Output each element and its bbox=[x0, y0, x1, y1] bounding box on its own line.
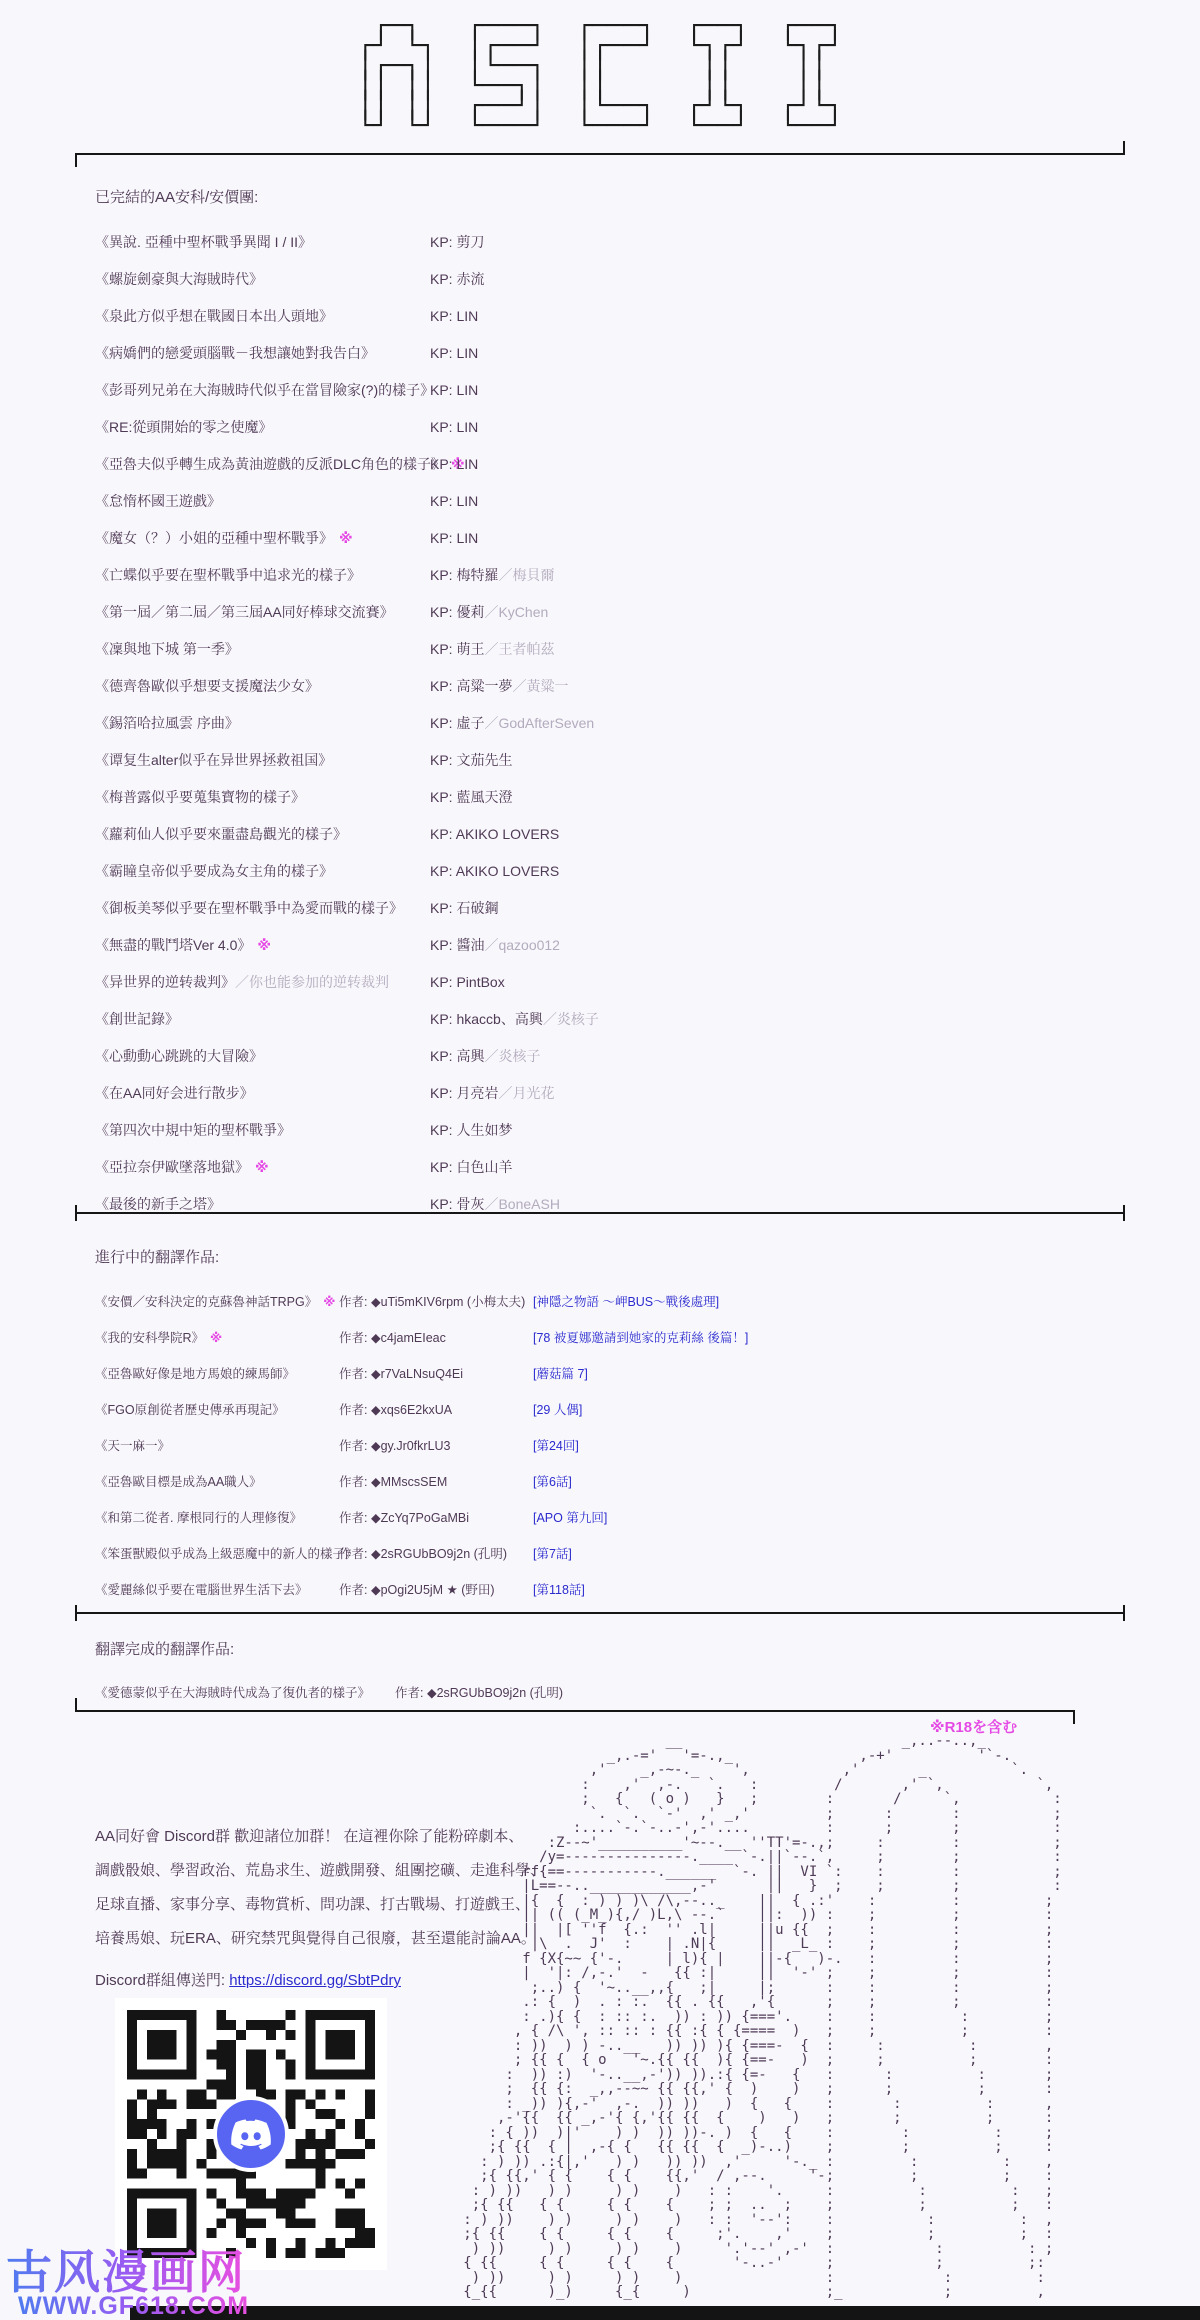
kp-name: 骨灰 bbox=[456, 1196, 484, 1212]
work-row: 《怠惰杯國王遊戲》 KP: LIN bbox=[95, 483, 1155, 520]
kp-name: 白色山羊 bbox=[456, 1159, 512, 1175]
kp-name: LIN bbox=[456, 382, 478, 398]
kp-name: 文茄先生 bbox=[456, 752, 512, 768]
author-name: ◆r7VaLNsuQ4Ei bbox=[371, 1367, 463, 1381]
kp-name: 人生如梦 bbox=[456, 1122, 512, 1138]
work-title: 《螺旋劍豪與大海賊時代》 bbox=[95, 271, 263, 287]
kp-credit: KP: 梅特羅／梅貝爾 bbox=[430, 557, 554, 594]
bottom-bar bbox=[130, 2306, 1200, 2320]
work-title-cell: 《第一屆／第二屆／第三屆AA同好棒球交流賽》 bbox=[95, 594, 400, 631]
kp-name: LIN bbox=[456, 456, 478, 472]
author-credit: 作者: ◆uTi5mKIV6rpm (小梅太夫) bbox=[339, 1284, 525, 1320]
kp-name: 醬油 bbox=[456, 937, 484, 953]
work-title-cell: 《最後的新手之塔》 bbox=[95, 1186, 227, 1223]
work-title: 《FGO原創從者歷史傳承再現記》 bbox=[95, 1403, 285, 1417]
work-row: 《亞拉奈伊歐墜落地獄》※ KP: 白色山羊 bbox=[95, 1149, 1155, 1186]
author-label: 作者: bbox=[339, 1403, 371, 1417]
chapter-link[interactable]: [第24回] bbox=[533, 1428, 579, 1464]
discord-invite-text: AA同好會 Discord群 歡迎諸位加群！ 在這裡你除了能粉碎劇本、 調戲骰娘… bbox=[95, 1820, 595, 1956]
work-title: 《亞魯夫似乎轉生成為黃油遊戲的反派DLC角色的樣子》 bbox=[95, 456, 445, 472]
work-title-cell: 《御板美琴似乎要在聖杯戰爭中為愛而戰的樣子》 bbox=[95, 890, 409, 927]
work-title-cell: 《异世界的逆转裁判》／你也能参加的逆转裁判 bbox=[95, 964, 395, 1001]
work-row: 《彭哥列兄弟在大海賊時代似乎在當冒險家(?)的樣子》 KP: LIN bbox=[95, 372, 1155, 409]
kp-alt-name: ／王者帕茲 bbox=[484, 641, 554, 657]
work-title: 《霸瞳皇帝似乎要成為女主角的樣子》 bbox=[95, 863, 333, 879]
kp-label: KP: bbox=[430, 641, 456, 657]
work-title-cell: 《螺旋劍豪與大海賊時代》 bbox=[95, 261, 269, 298]
work-row: 《心動動心跳跳的大冒險》 KP: 高興／炎核子 bbox=[95, 1038, 1155, 1075]
work-row: 《德齊魯歐似乎想要支援魔法少女》 KP: 高粱一夢／黃粱一 bbox=[95, 668, 1155, 705]
work-title: 《彭哥列兄弟在大海賊時代似乎在當冒險家(?)的樣子》 bbox=[95, 382, 434, 398]
kp-credit: KP: 優莉／KyChen bbox=[430, 594, 548, 631]
author-label: 作者: bbox=[339, 1439, 371, 1453]
chapter-link[interactable]: [神隱之物語 〜岬BUS〜戰後處理] bbox=[533, 1284, 719, 1320]
work-title: 《亞魯歐目標是成為AA職人》 bbox=[95, 1475, 262, 1489]
author-name: ◆uTi5mKIV6rpm (小梅太夫) bbox=[371, 1295, 525, 1309]
ascii-logo: ┌─┐ ┌───┐ ┌───┐ ┌──┐ ┌──┐ ┌┘ └┐ │┌──┘ │┌… bbox=[357, 16, 842, 136]
work-title: 《創世記錄》 bbox=[95, 1011, 179, 1027]
work-title: 《在AA同好会进行散步》 bbox=[95, 1085, 254, 1101]
kp-alt-name: ／梅貝爾 bbox=[498, 567, 554, 583]
kp-name: 剪刀 bbox=[456, 234, 484, 250]
kp-credit: KP: 骨灰／BoneASH bbox=[430, 1186, 560, 1223]
finished-heading: 翻譯完成的翻譯作品: bbox=[95, 1640, 1155, 1660]
author-label: 作者: bbox=[339, 1331, 371, 1345]
work-row: 《魔女（？）小姐的亞種中聖杯戰爭》※ KP: LIN bbox=[95, 520, 1155, 557]
completed-heading: 已完結的AA安科/安價團: bbox=[95, 188, 1155, 208]
kp-label: KP: bbox=[430, 456, 456, 472]
kp-credit: KP: AKIKO LOVERS bbox=[430, 816, 559, 853]
work-title-cell: 《在AA同好会进行散步》 bbox=[95, 1075, 260, 1112]
work-row: 《愛麗絲似乎要在電腦世界生活下去》 作者: ◆pOgi2U5jM ★ (野田) … bbox=[95, 1572, 1155, 1608]
r18-mark: ※ bbox=[323, 1295, 335, 1309]
kp-alt-name: ／月光花 bbox=[498, 1085, 554, 1101]
work-title-cell: 《愛德蒙似乎在大海賊時代成為了復仇者的樣子》 bbox=[95, 1676, 370, 1710]
work-title: 《和第二從者. 摩根同行的人理修復》 bbox=[95, 1511, 302, 1525]
author-name: ◆gy.Jr0fkrLU3 bbox=[371, 1439, 451, 1453]
chapter-link[interactable]: [29 人偶] bbox=[533, 1392, 582, 1428]
ongoing-heading: 進行中的翻譯作品: bbox=[95, 1248, 1155, 1268]
work-title: 《異說. 亞種中聖杯戰爭異聞 I / II》 bbox=[95, 234, 312, 250]
kp-credit: KP: 人生如梦 bbox=[430, 1112, 512, 1149]
kp-name: 藍風天澄 bbox=[456, 789, 512, 805]
work-row: 《笨蛋獸殿似乎成為上級惡魔中的新人的樣子》 作者: ◆2sRGUbBO9j2n … bbox=[95, 1536, 1155, 1572]
work-title: 《梅普露似乎要蒐集寶物的樣子》 bbox=[95, 789, 305, 805]
work-row: 《在AA同好会进行散步》 KP: 月亮岩／月光花 bbox=[95, 1075, 1155, 1112]
kp-label: KP: bbox=[430, 530, 456, 546]
kp-credit: KP: LIN bbox=[430, 446, 478, 483]
kp-alt-name: ／BoneASH bbox=[484, 1196, 559, 1212]
work-row: 《最後的新手之塔》 KP: 骨灰／BoneASH bbox=[95, 1186, 1155, 1223]
divider-bottom bbox=[75, 1710, 1075, 1712]
discord-invite-link[interactable]: https://discord.gg/SbtPdry bbox=[229, 1972, 401, 1989]
kp-credit: KP: 萌王／王者帕茲 bbox=[430, 631, 554, 668]
kp-credit: KP: PintBox bbox=[430, 964, 505, 1001]
work-title-cell: 《病嬌們的戀愛頭腦戰－我想讓她對我告白》 bbox=[95, 335, 381, 372]
ongoing-section: 進行中的翻譯作品: 《安價／安科決定的克蘇魯神話TRPG》※ 作者: ◆uTi5… bbox=[95, 1240, 1155, 1608]
kp-credit: KP: LIN bbox=[430, 409, 478, 446]
work-title-cell: 《無盡的戰鬥塔Ver 4.0》※ bbox=[95, 927, 271, 964]
kp-label: KP: bbox=[430, 1085, 456, 1101]
kp-credit: KP: 白色山羊 bbox=[430, 1149, 512, 1186]
kp-label: KP: bbox=[430, 1048, 456, 1064]
divider-top bbox=[75, 153, 1125, 155]
kp-credit: KP: LIN bbox=[430, 372, 478, 409]
work-title-cell: 《亞魯歐好像是地方馬娘的練馬師》 bbox=[95, 1356, 301, 1392]
kp-name: 萌王 bbox=[456, 641, 484, 657]
work-title: 《亞拉奈伊歐墜落地獄》 bbox=[95, 1159, 249, 1175]
work-row: 《安價／安科決定的克蘇魯神話TRPG》※ 作者: ◆uTi5mKIV6rpm (… bbox=[95, 1284, 1155, 1320]
kp-label: KP: bbox=[430, 345, 456, 361]
author-label: 作者: bbox=[339, 1295, 371, 1309]
kp-label: KP: bbox=[430, 308, 456, 324]
completed-section: 已完結的AA安科/安價團: 《異說. 亞種中聖杯戰爭異聞 I / II》 KP:… bbox=[95, 180, 1155, 1223]
kp-credit: KP: 文茄先生 bbox=[430, 742, 512, 779]
author-name: ◆2sRGUbBO9j2n (孔明) bbox=[427, 1686, 563, 1700]
work-title: 《安價／安科決定的克蘇魯神話TRPG》 bbox=[95, 1295, 317, 1309]
divider-mid-1 bbox=[75, 1212, 1125, 1214]
work-title: 《天一麻一》 bbox=[95, 1439, 170, 1453]
kp-label: KP: bbox=[430, 1122, 456, 1138]
author-credit: 作者: ◆c4jamEIeac bbox=[339, 1320, 446, 1356]
work-title-cell: 《亞魯夫似乎轉生成為黃油遊戲的反派DLC角色的樣子》※ bbox=[95, 446, 465, 483]
work-row: 《亞魯歐目標是成為AA職人》 作者: ◆MMscsSEM [第6話] bbox=[95, 1464, 1155, 1500]
work-title: 《無盡的戰鬥塔Ver 4.0》 bbox=[95, 937, 251, 953]
chapter-link[interactable]: [第7話] bbox=[533, 1536, 572, 1572]
author-credit: 作者: ◆gy.Jr0fkrLU3 bbox=[339, 1428, 451, 1464]
work-title-cell: 《亞魯歐目標是成為AA職人》 bbox=[95, 1464, 268, 1500]
kp-label: KP: bbox=[430, 678, 456, 694]
kp-name: 虛子 bbox=[456, 715, 484, 731]
work-title: 《德齊魯歐似乎想要支援魔法少女》 bbox=[95, 678, 319, 694]
chapter-link[interactable]: [蘑菇篇 7] bbox=[533, 1356, 588, 1392]
kp-alt-name: ／qazoo012 bbox=[484, 937, 560, 953]
kp-name: LIN bbox=[456, 419, 478, 435]
work-title-cell: 《凜與地下城 第一季》 bbox=[95, 631, 245, 668]
work-title-cell: 《笨蛋獸殿似乎成為上級惡魔中的新人的樣子》 bbox=[95, 1536, 364, 1572]
work-title: 《第一屆／第二屆／第三屆AA同好棒球交流賽》 bbox=[95, 604, 394, 620]
kp-name: 高興 bbox=[456, 1048, 484, 1064]
kp-name: LIN bbox=[456, 530, 478, 546]
watermark-site-url: WWW.GF618.COM bbox=[18, 2292, 249, 2320]
work-row: 《無盡的戰鬥塔Ver 4.0》※ KP: 醬油／qazoo012 bbox=[95, 927, 1155, 964]
work-title-cell: 《亞拉奈伊歐墜落地獄》※ bbox=[95, 1149, 269, 1186]
kp-credit: KP: 虛子／GodAfterSeven bbox=[430, 705, 594, 742]
author-credit: 作者: ◆xqs6E2kxUA bbox=[339, 1392, 452, 1428]
work-title: 《愛麗絲似乎要在電腦世界生活下去》 bbox=[95, 1583, 308, 1597]
work-row: 《錫箔哈拉風雲 序曲》 KP: 虛子／GodAfterSeven bbox=[95, 705, 1155, 742]
work-row: 《螺旋劍豪與大海賊時代》 KP: 赤流 bbox=[95, 261, 1155, 298]
kp-credit: KP: 藍風天澄 bbox=[430, 779, 512, 816]
author-name: ◆xqs6E2kxUA bbox=[371, 1403, 452, 1417]
work-title: 《我的安科學院R》 bbox=[95, 1331, 204, 1345]
kp-alt-name: ／黃粱一 bbox=[512, 678, 568, 694]
kp-label: KP: bbox=[430, 900, 456, 916]
author-label: 作者: bbox=[339, 1511, 371, 1525]
work-title: 《心動動心跳跳的大冒險》 bbox=[95, 1048, 263, 1064]
kp-name: hkaccb、高興 bbox=[456, 1011, 542, 1027]
work-row: 《病嬌們的戀愛頭腦戰－我想讓她對我告白》 KP: LIN bbox=[95, 335, 1155, 372]
author-credit: 作者: ◆r7VaLNsuQ4Ei bbox=[339, 1356, 463, 1392]
work-title: 《怠惰杯國王遊戲》 bbox=[95, 493, 221, 509]
work-title-cell: 《FGO原創從者歷史傳承再現記》 bbox=[95, 1392, 291, 1428]
work-row: 《异世界的逆转裁判》／你也能参加的逆转裁判 KP: PintBox bbox=[95, 964, 1155, 1001]
work-row: 《谭复生alter似乎在异世界拯救祖国》 KP: 文茄先生 bbox=[95, 742, 1155, 779]
work-title: 《RE:從頭開始的零之使魔》 bbox=[95, 419, 272, 435]
kp-credit: KP: 赤流 bbox=[430, 261, 484, 298]
work-title-cell: 《彭哥列兄弟在大海賊時代似乎在當冒險家(?)的樣子》 bbox=[95, 372, 440, 409]
kp-credit: KP: 高粱一夢／黃粱一 bbox=[430, 668, 568, 705]
work-title: 《最後的新手之塔》 bbox=[95, 1196, 221, 1212]
work-row: 《蘿莉仙人似乎要來噩盡島觀光的樣子》 KP: AKIKO LOVERS bbox=[95, 816, 1155, 853]
kp-name: 高粱一夢 bbox=[456, 678, 512, 694]
work-row: 《霸瞳皇帝似乎要成為女主角的樣子》 KP: AKIKO LOVERS bbox=[95, 853, 1155, 890]
kp-label: KP: bbox=[430, 937, 456, 953]
work-title-sub: ／你也能参加的逆转裁判 bbox=[235, 974, 389, 990]
r18-mark: ※ bbox=[257, 937, 271, 953]
finished-list: 《愛德蒙似乎在大海賊時代成為了復仇者的樣子》 作者: ◆2sRGUbBO9j2n… bbox=[95, 1676, 1155, 1710]
kp-alt-name: ／KyChen bbox=[484, 604, 548, 620]
chapter-link[interactable]: [第6話] bbox=[533, 1464, 572, 1500]
work-title-cell: 《梅普露似乎要蒐集寶物的樣子》 bbox=[95, 779, 311, 816]
work-title-cell: 《第四次中規中矩的聖杯戰爭》 bbox=[95, 1112, 297, 1149]
work-row: 《第一屆／第二屆／第三屆AA同好棒球交流賽》 KP: 優莉／KyChen bbox=[95, 594, 1155, 631]
kp-name: LIN bbox=[456, 345, 478, 361]
work-title-cell: 《心動動心跳跳的大冒險》 bbox=[95, 1038, 269, 1075]
work-title-cell: 《霸瞳皇帝似乎要成為女主角的樣子》 bbox=[95, 853, 339, 890]
author-credit: 作者: ◆2sRGUbBO9j2n (孔明) bbox=[339, 1536, 507, 1572]
discord-logo-icon bbox=[213, 2096, 289, 2172]
kp-label: KP: bbox=[430, 1159, 456, 1175]
work-title: 《泉此方似乎想在戰國日本出人頭地》 bbox=[95, 308, 333, 324]
work-row: 《泉此方似乎想在戰國日本出人頭地》 KP: LIN bbox=[95, 298, 1155, 335]
author-label: 作者: bbox=[339, 1475, 371, 1489]
kp-label: KP: bbox=[430, 604, 456, 620]
kp-name: 赤流 bbox=[456, 271, 484, 287]
work-title: 《异世界的逆转裁判》 bbox=[95, 974, 235, 990]
ongoing-list: 《安價／安科決定的克蘇魯神話TRPG》※ 作者: ◆uTi5mKIV6rpm (… bbox=[95, 1284, 1155, 1608]
work-title-cell: 《谭复生alter似乎在异世界拯救祖国》 bbox=[95, 742, 338, 779]
work-row: 《御板美琴似乎要在聖杯戰爭中為愛而戰的樣子》 KP: 石破鋼 bbox=[95, 890, 1155, 927]
discord-invite-block: AA同好會 Discord群 歡迎諸位加群！ 在這裡你除了能粉碎劇本、 調戲骰娘… bbox=[95, 1820, 595, 1998]
kp-label: KP: bbox=[430, 382, 456, 398]
work-row: 《FGO原創從者歷史傳承再現記》 作者: ◆xqs6E2kxUA [29 人偶] bbox=[95, 1392, 1155, 1428]
work-title-cell: 《和第二從者. 摩根同行的人理修復》 bbox=[95, 1500, 308, 1536]
work-row: 《亞魯夫似乎轉生成為黃油遊戲的反派DLC角色的樣子》※ KP: LIN bbox=[95, 446, 1155, 483]
kp-name: LIN bbox=[456, 493, 478, 509]
kp-label: KP: bbox=[430, 493, 456, 509]
chapter-link[interactable]: [第118話] bbox=[533, 1572, 585, 1608]
kp-credit: KP: LIN bbox=[430, 520, 478, 557]
work-title-cell: 《亡蝶似乎要在聖杯戰爭中追求光的樣子》 bbox=[95, 557, 367, 594]
work-title-cell: 《魔女（？）小姐的亞種中聖杯戰爭》※ bbox=[95, 520, 353, 557]
r18-mark: ※ bbox=[339, 530, 353, 546]
work-title: 《凜與地下城 第一季》 bbox=[95, 641, 239, 657]
kp-credit: KP: 石破鋼 bbox=[430, 890, 498, 927]
work-row: 《凜與地下城 第一季》 KP: 萌王／王者帕茲 bbox=[95, 631, 1155, 668]
kp-name: 梅特羅 bbox=[456, 567, 498, 583]
author-name: ◆ZcYq7PoGaMBi bbox=[371, 1511, 469, 1525]
author-label: 作者: bbox=[395, 1686, 427, 1700]
kp-credit: KP: 剪刀 bbox=[430, 224, 484, 261]
author-label: 作者: bbox=[339, 1367, 371, 1381]
kp-label: KP: bbox=[430, 752, 456, 768]
kp-label: KP: bbox=[430, 789, 456, 805]
work-title: 《魔女（？）小姐的亞種中聖杯戰爭》 bbox=[95, 530, 333, 546]
author-name: ◆pOgi2U5jM ★ (野田) bbox=[371, 1583, 495, 1597]
kp-name: AKIKO LOVERS bbox=[456, 863, 559, 879]
ascii-art: __ _,..--..,_ _,.-=' '=-.,_ ,-+' '`-. ,'… bbox=[438, 1734, 1062, 2300]
kp-name: 月亮岩 bbox=[456, 1085, 498, 1101]
work-title-cell: 《泉此方似乎想在戰國日本出人頭地》 bbox=[95, 298, 339, 335]
work-title: 《亡蝶似乎要在聖杯戰爭中追求光的樣子》 bbox=[95, 567, 361, 583]
work-row: 《異說. 亞種中聖杯戰爭異聞 I / II》 KP: 剪刀 bbox=[95, 224, 1155, 261]
kp-credit: KP: LIN bbox=[430, 298, 478, 335]
kp-credit: KP: LIN bbox=[430, 483, 478, 520]
kp-alt-name: ／炎核子 bbox=[543, 1011, 599, 1027]
author-credit: 作者: ◆pOgi2U5jM ★ (野田) bbox=[339, 1572, 495, 1608]
kp-credit: KP: 月亮岩／月光花 bbox=[430, 1075, 554, 1112]
chapter-link[interactable]: [APO 第九回] bbox=[533, 1500, 607, 1536]
kp-alt-name: ／炎核子 bbox=[484, 1048, 540, 1064]
work-title-cell: 《RE:從頭開始的零之使魔》 bbox=[95, 409, 278, 446]
work-title-cell: 《愛麗絲似乎要在電腦世界生活下去》 bbox=[95, 1572, 314, 1608]
r18-mark: ※ bbox=[210, 1331, 222, 1345]
work-row: 《創世記錄》 KP: hkaccb、高興／炎核子 bbox=[95, 1001, 1155, 1038]
kp-credit: KP: LIN bbox=[430, 335, 478, 372]
kp-label: KP: bbox=[430, 974, 456, 990]
finished-section: 翻譯完成的翻譯作品: 《愛德蒙似乎在大海賊時代成為了復仇者的樣子》 作者: ◆2… bbox=[95, 1632, 1155, 1710]
work-title-cell: 《安價／安科決定的克蘇魯神話TRPG》※ bbox=[95, 1284, 335, 1320]
work-title-cell: 《天一麻一》 bbox=[95, 1428, 176, 1464]
work-title-cell: 《怠惰杯國王遊戲》 bbox=[95, 483, 227, 520]
kp-name: AKIKO LOVERS bbox=[456, 826, 559, 842]
work-title: 《谭复生alter似乎在异世界拯救祖国》 bbox=[95, 752, 332, 768]
work-row: 《愛德蒙似乎在大海賊時代成為了復仇者的樣子》 作者: ◆2sRGUbBO9j2n… bbox=[95, 1676, 1155, 1710]
kp-label: KP: bbox=[430, 234, 456, 250]
kp-credit: KP: hkaccb、高興／炎核子 bbox=[430, 1001, 599, 1038]
discord-portal-label: Discord群組傳送門: bbox=[95, 1972, 229, 1989]
discord-portal-line: Discord群組傳送門: https://discord.gg/SbtPdry bbox=[95, 1964, 595, 1998]
work-row: 《和第二從者. 摩根同行的人理修復》 作者: ◆ZcYq7PoGaMBi [AP… bbox=[95, 1500, 1155, 1536]
work-title-cell: 《我的安科學院R》※ bbox=[95, 1320, 222, 1356]
author-name: ◆2sRGUbBO9j2n (孔明) bbox=[371, 1547, 507, 1561]
work-title: 《病嬌們的戀愛頭腦戰－我想讓她對我告白》 bbox=[95, 345, 375, 361]
completed-list: 《異說. 亞種中聖杯戰爭異聞 I / II》 KP: 剪刀 《螺旋劍豪與大海賊時… bbox=[95, 224, 1155, 1223]
kp-label: KP: bbox=[430, 419, 456, 435]
work-title-cell: 《蘿莉仙人似乎要來噩盡島觀光的樣子》 bbox=[95, 816, 353, 853]
work-title: 《愛德蒙似乎在大海賊時代成為了復仇者的樣子》 bbox=[95, 1686, 370, 1700]
author-name: ◆c4jamEIeac bbox=[371, 1331, 446, 1345]
kp-label: KP: bbox=[430, 1196, 456, 1212]
kp-label: KP: bbox=[430, 567, 456, 583]
work-title: 《亞魯歐好像是地方馬娘的練馬師》 bbox=[95, 1367, 295, 1381]
work-title: 《御板美琴似乎要在聖杯戰爭中為愛而戰的樣子》 bbox=[95, 900, 403, 916]
kp-label: KP: bbox=[430, 1011, 456, 1027]
work-title-cell: 《異說. 亞種中聖杯戰爭異聞 I / II》 bbox=[95, 224, 318, 261]
work-row: 《RE:從頭開始的零之使魔》 KP: LIN bbox=[95, 409, 1155, 446]
r18-mark: ※ bbox=[255, 1159, 269, 1175]
kp-label: KP: bbox=[430, 271, 456, 287]
author-name: ◆MMscsSEM bbox=[371, 1475, 447, 1489]
author-credit: 作者: ◆2sRGUbBO9j2n (孔明) bbox=[395, 1676, 563, 1710]
work-title: 《錫箔哈拉風雲 序曲》 bbox=[95, 715, 239, 731]
kp-name: PintBox bbox=[456, 974, 504, 990]
author-credit: 作者: ◆MMscsSEM bbox=[339, 1464, 447, 1500]
kp-name: LIN bbox=[456, 308, 478, 324]
kp-alt-name: ／GodAfterSeven bbox=[484, 715, 594, 731]
kp-credit: KP: AKIKO LOVERS bbox=[430, 853, 559, 890]
kp-label: KP: bbox=[430, 826, 456, 842]
kp-label: KP: bbox=[430, 715, 456, 731]
kp-name: 石破鋼 bbox=[456, 900, 498, 916]
kp-label: KP: bbox=[430, 863, 456, 879]
chapter-link[interactable]: [78 被夏娜邀請到她家的克莉絲 後篇！] bbox=[533, 1320, 748, 1356]
work-title: 《蘿莉仙人似乎要來噩盡島觀光的樣子》 bbox=[95, 826, 347, 842]
work-row: 《第四次中規中矩的聖杯戰爭》 KP: 人生如梦 bbox=[95, 1112, 1155, 1149]
author-label: 作者: bbox=[339, 1547, 371, 1561]
kp-name: 優莉 bbox=[456, 604, 484, 620]
kp-credit: KP: 醬油／qazoo012 bbox=[430, 927, 560, 964]
divider-mid-2 bbox=[75, 1612, 1125, 1614]
work-row: 《亡蝶似乎要在聖杯戰爭中追求光的樣子》 KP: 梅特羅／梅貝爾 bbox=[95, 557, 1155, 594]
author-credit: 作者: ◆ZcYq7PoGaMBi bbox=[339, 1500, 469, 1536]
work-title-cell: 《創世記錄》 bbox=[95, 1001, 185, 1038]
work-title-cell: 《德齊魯歐似乎想要支援魔法少女》 bbox=[95, 668, 325, 705]
work-title: 《笨蛋獸殿似乎成為上級惡魔中的新人的樣子》 bbox=[95, 1547, 358, 1561]
page: ┌─┐ ┌───┐ ┌───┐ ┌──┐ ┌──┐ ┌┘ └┐ │┌──┘ │┌… bbox=[0, 0, 1200, 2320]
author-label: 作者: bbox=[339, 1583, 371, 1597]
work-title-cell: 《錫箔哈拉風雲 序曲》 bbox=[95, 705, 245, 742]
kp-credit: KP: 高興／炎核子 bbox=[430, 1038, 540, 1075]
work-title: 《第四次中規中矩的聖杯戰爭》 bbox=[95, 1122, 291, 1138]
work-row: 《梅普露似乎要蒐集寶物的樣子》 KP: 藍風天澄 bbox=[95, 779, 1155, 816]
work-row: 《亞魯歐好像是地方馬娘的練馬師》 作者: ◆r7VaLNsuQ4Ei [蘑菇篇 … bbox=[95, 1356, 1155, 1392]
work-row: 《我的安科學院R》※ 作者: ◆c4jamEIeac [78 被夏娜邀請到她家的… bbox=[95, 1320, 1155, 1356]
work-row: 《天一麻一》 作者: ◆gy.Jr0fkrLU3 [第24回] bbox=[95, 1428, 1155, 1464]
